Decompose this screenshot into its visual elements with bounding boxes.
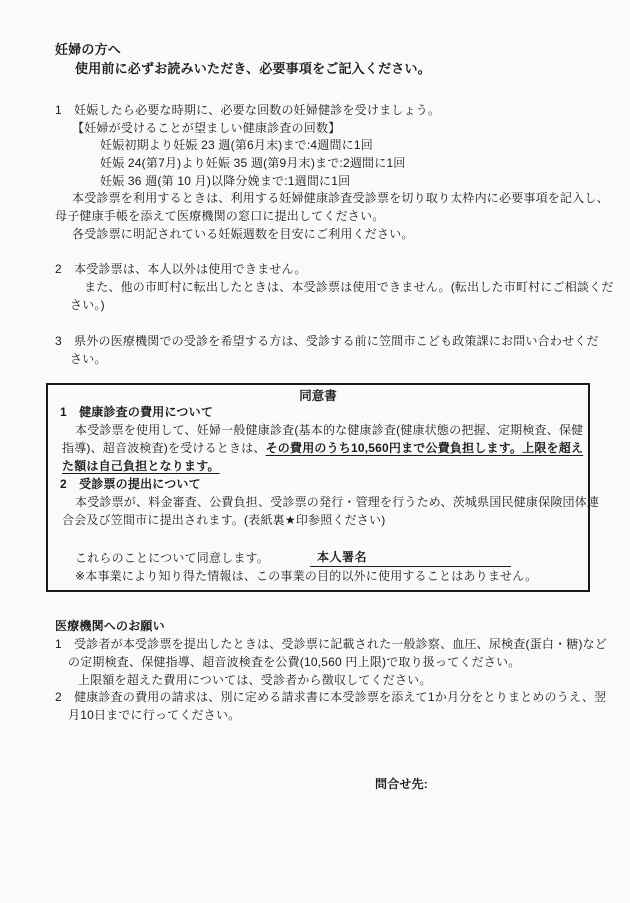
contact-label: 問合せ先: (375, 775, 428, 793)
medical-line2: の定期検査、保健指導、超音波検査を公費(10,560 円上限)で取り扱ってくださ… (68, 653, 520, 671)
note1-line8: 各受診票に明記されている妊娠週数を目安にご利用ください。 (72, 225, 414, 243)
consent-agree-text: これらのことについて同意します。 (75, 549, 269, 567)
consent-s1-line1: 本受診票を使用して、妊婦一般健康診査(基本的な健康診査(健康状態の把握、定期検査… (75, 421, 583, 439)
note1-line5: 妊娠 36 週(第 10 月)以降分娩まで:1週間に1回 (100, 172, 350, 190)
signature-field[interactable]: 本人署名 (310, 549, 511, 567)
note3-line2: さい。 (70, 350, 107, 368)
note3-line1: 3 県外の医療機関での受診を希望する方は、受診する前に笠間市こども政策課にお問い… (55, 332, 599, 350)
signature-label: 本人署名 (310, 550, 367, 564)
consent-s1-line2-plain: 指導)、超音波検査)を受けるときは、 (62, 441, 266, 455)
note2-line1: 2 本受診票は、本人以外は使用できません。 (55, 260, 307, 278)
consent-s1-line3-emphasis: た額は自己負担となります。 (62, 457, 220, 475)
consent-privacy-note: ※本事業により知り得た情報は、この事業の目的以外に使用することはありません。 (75, 567, 537, 585)
medical-line3: 上限額を超えた費用については、受診者から徴収してください。 (78, 671, 432, 689)
note1-line6: 本受診票を利用するときは、利用する妊婦健康診査受診票を切り取り太枠内に必要事項を… (72, 189, 609, 207)
note1-line3: 妊娠初期より妊娠 23 週(第6月末)まで:4週間に1回 (100, 136, 373, 154)
note1-line1: 1 妊娠したら必要な時期に、必要な回数の妊婦健診を受けましょう。 (55, 101, 440, 119)
consent-s1-line2-emphasis: その費用のうち10,560円まで公費負担します。上限を超え (266, 441, 584, 455)
consent-section2-heading: 2 受診票の提出について (60, 475, 201, 493)
consent-section1-heading: 1 健康診査の費用について (60, 403, 213, 421)
note1-line4: 妊娠 24(第7月)より妊娠 35 週(第9月末)まで:2週間に1回 (100, 154, 406, 172)
medical-line4: 2 健康診査の費用の請求は、別に定める請求書に本受診票を添えて1か月分をとりまと… (55, 688, 606, 706)
consent-s2-line1: 本受診票が、料金審査、公費負担、受診票の発行・管理を行うため、茨城県国民健康保険… (75, 493, 599, 511)
consent-s2-line2: 合会及び笠間市に提出されます。(表紙裏★印参照ください) (62, 511, 385, 529)
document-page: 妊婦の方へ 使用前に必ずお読みいただき、必要事項をご記入ください。 1 妊娠した… (0, 0, 630, 903)
doc-title: 妊婦の方へ (55, 41, 121, 59)
medical-line5: 月10日までに行ってください。 (68, 706, 240, 724)
note2-line3: さい。) (70, 296, 105, 314)
note1-line2: 【妊婦が受けることが望ましい健康診査の回数】 (72, 119, 340, 137)
medical-heading: 医療機関へのお願い (55, 617, 165, 635)
note2-line2: また、他の市町村に転出したときは、本受診票は使用できません。(転出した市町村にご… (84, 278, 614, 296)
consent-s1-line2: 指導)、超音波検査)を受けるときは、その費用のうち10,560円まで公費負担しま… (62, 439, 583, 457)
doc-subtitle: 使用前に必ずお読みいただき、必要事項をご記入ください。 (75, 60, 431, 78)
note1-line7: 母子健康手帳を添えて医療機関の窓口に提出してください。 (55, 207, 384, 225)
medical-line1: 1 受診者が本受診票を提出したときは、受診票に記載された一般診察、血圧、尿検査(… (55, 635, 607, 653)
